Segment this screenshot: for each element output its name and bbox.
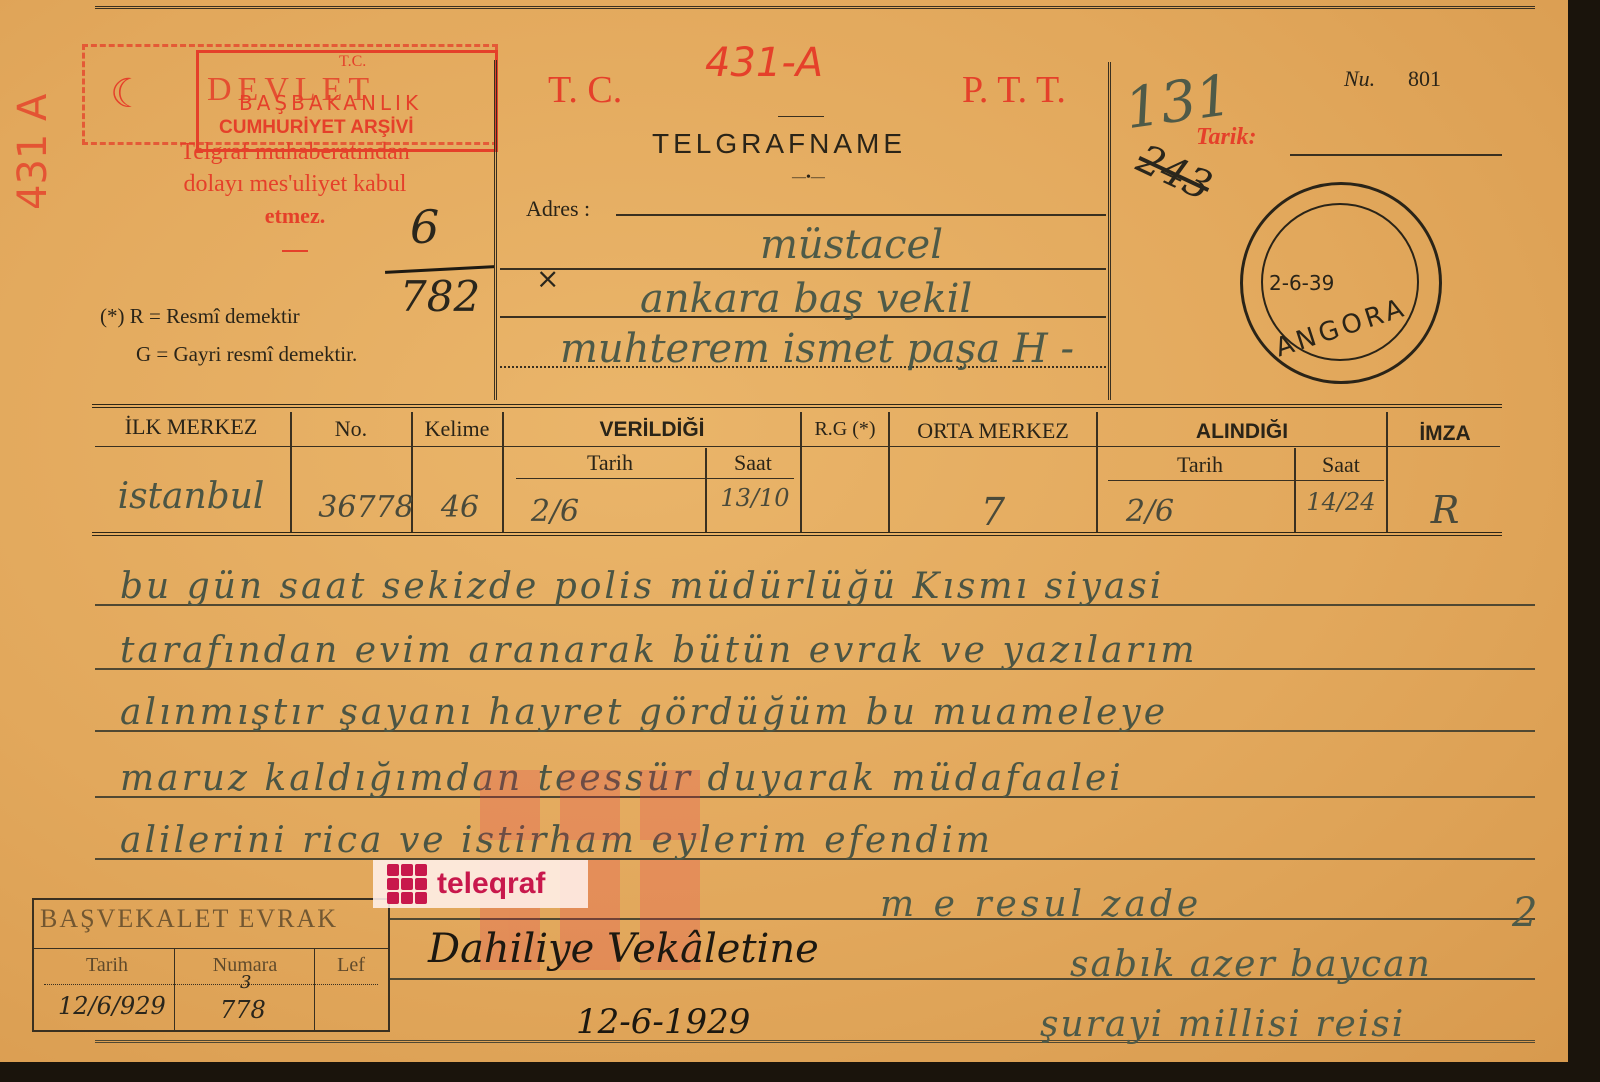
address-rule-0 xyxy=(616,214,1106,216)
val-imza: R xyxy=(1390,488,1500,532)
signature: m e resul zade xyxy=(880,884,1202,925)
val-kelime: 46 xyxy=(420,490,500,525)
col-divider xyxy=(1386,412,1388,532)
address-line-3: muhterem ismet paşa H - xyxy=(560,326,1074,372)
address-label: Adres : xyxy=(526,196,590,222)
body-line-4: maruz kaldığımdan teessür duyarak müdafa… xyxy=(120,758,1530,799)
signer-title-2: şurayi millisi reisi xyxy=(1040,1004,1405,1045)
registry-numara-top: 3 xyxy=(240,972,251,993)
header-row-rule xyxy=(95,446,1500,447)
registry-stamp: BAŞVEKALET EVRAK Tarih Numara Lef 12/6/9… xyxy=(32,898,390,1032)
body-line-2: tarafından evim aranarak bütün evrak ve … xyxy=(120,630,1530,671)
col-verildigi-saat: Saat xyxy=(708,450,798,476)
disclaimer-line-1: Telgraf muhaberatından xyxy=(120,136,470,168)
val-verildigi-tarih: 2/6 xyxy=(510,494,600,529)
top-rule xyxy=(95,6,1535,9)
alindigi-subrule xyxy=(1108,480,1384,481)
body-line-5: alilerini rica ve istirham eylerim efend… xyxy=(120,820,1530,861)
col-alindigi-tarih: Tarih xyxy=(1110,452,1290,478)
col-divider xyxy=(705,448,707,532)
number-value: 801 xyxy=(1408,66,1441,92)
title-underline xyxy=(778,116,824,117)
teleqraf-logo-text: teleqraf xyxy=(437,867,545,901)
registry-rule xyxy=(34,948,388,949)
col-kelime: Kelime xyxy=(414,416,500,442)
col-verildigi-tarih: Tarih xyxy=(520,450,700,476)
telegram-document: 431 A DEVLET T.C. BAŞBAKANLIK CUMHURİYET… xyxy=(0,0,1568,1062)
registry-numara-value: 778 xyxy=(220,996,266,1024)
registry-col-divider xyxy=(174,948,175,1030)
registry-col-tarih: Tarih xyxy=(44,954,170,977)
date-field-rule xyxy=(1290,154,1502,156)
legend-g: G = Gayri resmî demektir. xyxy=(136,342,357,367)
registry-stamp-header: BAŞVEKALET EVRAK xyxy=(40,904,338,934)
address-marker: × xyxy=(536,262,559,295)
verildigi-subrule xyxy=(516,478,794,479)
fraction-top: 6 xyxy=(410,200,439,254)
address-line-1: müstacel xyxy=(760,222,943,268)
val-verildigi-saat: 13/10 xyxy=(710,484,800,512)
number-label: Nu. xyxy=(1344,66,1375,92)
table-top-rule xyxy=(92,404,1502,408)
form-title: TELGRAFNAME xyxy=(652,128,906,160)
archive-ref: 431-A xyxy=(705,40,823,86)
registry-tarih-value: 12/6/929 xyxy=(58,992,166,1020)
body-line-1: bu gün saat sekizde polis müdürlüğü Kısm… xyxy=(120,566,1530,607)
col-ilk-merkez: İLK MERKEZ xyxy=(96,414,286,440)
body-line-3: alınmıştır şayanı hayret gördüğüm bu mua… xyxy=(120,692,1530,733)
table-bottom-rule xyxy=(92,532,1502,536)
col-no: No. xyxy=(294,416,408,442)
signer-title-1: sabık azer baycan xyxy=(1070,944,1432,985)
postmark-date: 2-6-39 xyxy=(1269,271,1334,295)
date-label: Tarik: xyxy=(1196,124,1256,151)
forwarding-date: 12-6-1929 xyxy=(576,1002,750,1042)
postmark-stamp: 2-6-39 ANGORA xyxy=(1240,182,1442,384)
col-rg: R.G (*) xyxy=(802,418,888,441)
col-divider xyxy=(1096,412,1098,532)
val-no: 36778 xyxy=(296,490,436,525)
val-ilk-merkez: istanbul xyxy=(96,476,286,517)
legend-r: (*) R = Resmî demektir xyxy=(100,304,300,329)
col-alindigi-saat: Saat xyxy=(1298,452,1384,478)
val-alindigi-tarih: 2/6 xyxy=(1100,494,1200,529)
disclaimer-line-2: dolayı mes'uliyet kabul xyxy=(120,168,470,200)
address-rule-1 xyxy=(500,268,1106,270)
archive-stamp-tc: T.C. xyxy=(339,53,366,71)
registry-col-lef: Lef xyxy=(318,954,384,977)
val-orta-merkez: 7 xyxy=(890,490,1096,534)
side-archive-ref: 431 A xyxy=(10,94,56,210)
forwarding-note: Dahiliye Vekâletine xyxy=(428,926,819,972)
crescent-icon: ☾ xyxy=(110,70,146,117)
teleqraf-grid-icon xyxy=(387,864,427,904)
teleqraf-logo: teleqraf xyxy=(373,860,588,908)
col-divider xyxy=(290,412,292,532)
red-dash xyxy=(282,250,308,252)
ornament: —•— xyxy=(792,170,825,186)
val-alindigi-saat: 14/24 xyxy=(1296,488,1386,516)
address-line-2: ankara baş vekil xyxy=(640,276,972,322)
col-verildigi: VERİLDİĞİ xyxy=(506,418,798,442)
col-orta-merkez: ORTA MERKEZ xyxy=(890,418,1096,444)
col-imza: İMZA xyxy=(1390,422,1500,446)
registry-dotted-rule xyxy=(44,984,378,985)
ptt-emblem: P. T. T. xyxy=(962,68,1066,112)
signature-mark: 2 xyxy=(1512,890,1537,936)
header-divider-right xyxy=(1108,62,1111,400)
col-alindigi: ALINDIĞI xyxy=(1100,420,1384,444)
archive-stamp-basbakanlik: BAŞBAKANLIK xyxy=(239,91,422,115)
col-divider xyxy=(502,412,504,532)
fraction-bottom: 782 xyxy=(400,272,480,321)
header-divider-left xyxy=(494,60,497,400)
tc-emblem: T. C. xyxy=(548,68,622,112)
registry-col-divider xyxy=(314,948,315,1030)
